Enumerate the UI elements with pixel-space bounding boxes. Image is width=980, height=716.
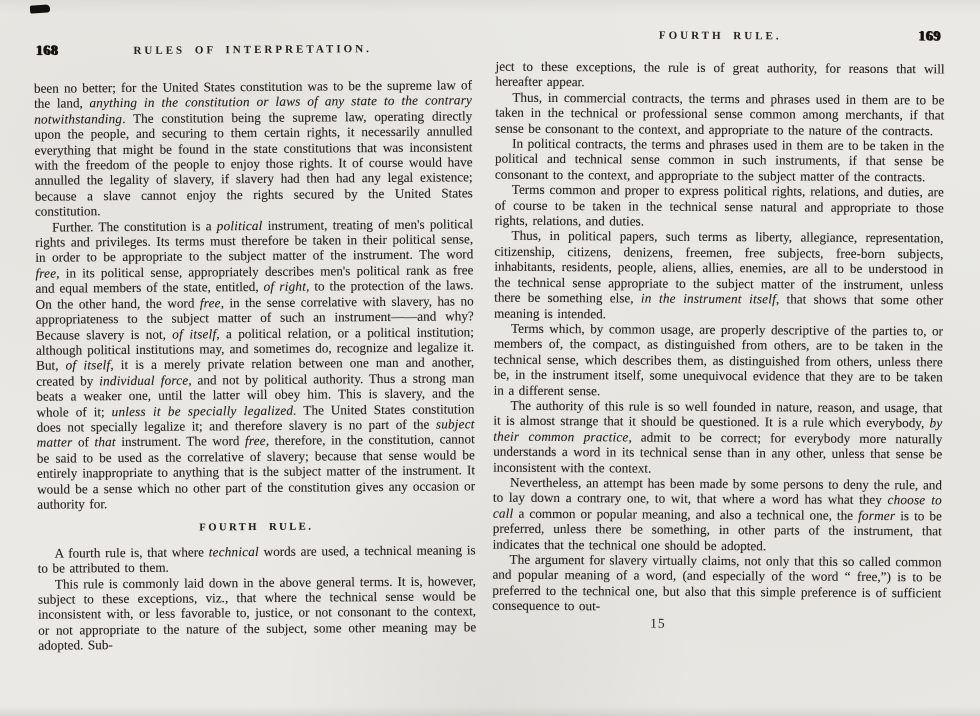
running-head-right: FOURTH RULE. [496,29,945,44]
left-page-body: been no better; for the United States co… [34,77,476,653]
signature-mark: 15 [650,615,941,633]
paragraph: This rule is commonly laid down in the a… [38,573,477,653]
book-scan: 168 RULES OF INTERPRETATION. been no bet… [0,0,980,716]
paragraph: The authority of this rule is so well fo… [493,398,942,478]
paragraph: Nevertheless, an attempt has been made b… [493,475,942,555]
paragraph: A fourth rule is, that where technical w… [38,542,476,576]
right-page-header: FOURTH RULE. 169 [496,29,945,52]
paragraph: been no better; for the United States co… [34,77,473,219]
paragraph: Thus, in commercial contracts, the terms… [495,89,944,138]
running-head-left: RULES OF INTERPRETATION. [34,42,472,57]
section-heading: FOURTH RULE. [37,519,475,538]
paragraph: ject to these exceptions, the rule is of… [495,59,944,93]
paragraph: Terms which, by common usage, are proper… [494,321,943,401]
ink-smudge-artifact [30,4,51,13]
paragraph: Further. The constitution is a political… [35,216,475,512]
paragraph: The argument for slavery virtually claim… [492,552,941,616]
page-number-right: 169 [918,29,941,45]
paragraph: Thus, in political papers, such terms as… [494,228,944,323]
right-page: FOURTH RULE. 169 ject to these exception… [492,21,945,633]
left-page-header: 168 RULES OF INTERPRETATION. [34,42,472,65]
page-number-left: 168 [36,44,59,60]
right-page-body: ject to these exceptions, the rule is of… [492,59,944,616]
paragraph: In political contracts, the terms and ph… [495,136,944,185]
paragraph: Terms common and proper to express polit… [495,182,944,231]
left-page: 168 RULES OF INTERPRETATION. been no bet… [34,42,477,653]
